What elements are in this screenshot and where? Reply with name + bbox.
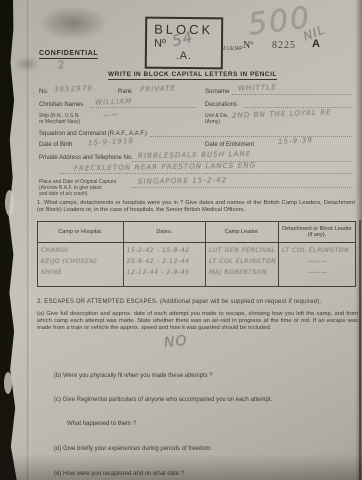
col-header-dates: Dates.	[124, 222, 206, 242]
camps-table-body: CHANGI KEIJO (CHOSEN) SHINE 15-2-42 - 15…	[38, 243, 355, 286]
camps-table-header-row: Camp or Hospital. Dates. Camp Leader. De…	[38, 222, 355, 243]
table-cell: MAJ ROBERTSON	[209, 267, 276, 278]
page-right-edge-line	[359, 220, 361, 480]
table-cell: LUT GEN PERCIVAL	[209, 245, 276, 256]
col-header-camp-leader: Camp Leader.	[206, 222, 279, 242]
christian-names-label: Christian Names	[39, 102, 83, 109]
dates-column: 15-2-42 - 15-9-42 25-9-42 - 2-12-44 12-1…	[124, 243, 206, 286]
camp-leader-column: LUT GEN PERCIVAL LT COL ELRINGTON MAJ RO…	[206, 243, 279, 286]
christian-names-value: WILLIAM	[95, 97, 133, 106]
table-cell: ———	[282, 267, 353, 278]
table-cell: 12-12-44 - 2-9-45	[127, 267, 203, 278]
camp-column: CHANGI KEIJO (CHOSEN) SHINE	[38, 243, 124, 286]
enlistment-label: Date of Enlistment	[205, 142, 254, 149]
table-cell: CHANGI	[41, 245, 121, 256]
col-header-detachment-leader: Detachment or Block Leader (if any).	[279, 222, 355, 242]
form-reference: M.I.9/JAP	[221, 46, 243, 52]
question-2b-text: (b) Were you physically fit when you mad…	[54, 373, 213, 380]
address-label: Private Address and Telephone No.	[39, 155, 133, 162]
scanned-pow-questionnaire: { "header": { "confidential": "CONFIDENT…	[0, 0, 362, 480]
question-2-heading: 2. ESCAPES OR ATTEMPTED ESCAPES. (Additi…	[37, 299, 357, 306]
field-rule	[243, 107, 352, 108]
instruction-heading: WRITE IN BLOCK CAPITAL LETTERS IN PENCIL	[108, 71, 277, 80]
surname-label: Surname	[205, 89, 229, 96]
table-cell: KEIJO (CHOSEN)	[41, 256, 121, 267]
rank-label: Rank	[118, 89, 132, 96]
no-label: No.	[39, 89, 48, 96]
table-cell: LT COL ELRINGTON	[282, 245, 353, 256]
field-rule	[90, 107, 195, 108]
decorations-label: Decorations	[205, 102, 237, 109]
page: CONFIDENTIAL 2 BLOCK Nº .A. 54 500 NIL M…	[0, 0, 362, 480]
serial-no-symbol: Nº	[243, 40, 253, 51]
question-2c-text: (c) Give Regimental particulars of anyon…	[54, 397, 272, 404]
serial-number: 8225	[272, 40, 296, 51]
table-cell: SHINE	[41, 267, 121, 278]
unit-label-line2: (Army)	[205, 119, 220, 125]
capture-label-line3: and date of a/c crash).	[39, 191, 89, 197]
stamp-block-letter: .A.	[147, 50, 221, 63]
table-cell: 15-2-42 - 15-9-42	[127, 245, 203, 256]
rank-value: PRIVATE	[140, 84, 176, 93]
table-cell: 25-9-42 - 2-12-44	[127, 256, 203, 267]
surname-value: WHITTLE	[238, 83, 277, 92]
table-cell: LT COL ELRINGTON	[209, 256, 276, 267]
page-bottom-shade	[0, 454, 362, 480]
ship-label-line2: or Merchant Navy)	[39, 119, 80, 125]
camps-table: Camp or Hospital. Dates. Camp Leader. De…	[37, 221, 356, 287]
table-cell: ———	[282, 256, 353, 267]
question-2d-text: (d) Give briefly your experiences during…	[54, 446, 212, 453]
confidential-label: CONFIDENTIAL	[39, 50, 98, 59]
what-happened-text: What happened to them ?	[67, 421, 136, 428]
field-rule	[232, 94, 352, 95]
field-rule	[150, 136, 352, 137]
torn-edge-bit	[4, 372, 12, 394]
question-1-text: 1. What camps, detachments or hospitals …	[37, 200, 355, 214]
question-2a-text: (a) Give full description and approx. da…	[37, 311, 358, 332]
dob-label: Date of Birth	[39, 142, 72, 149]
no-value: 3852979	[54, 84, 93, 93]
serial-suffix: A	[312, 38, 320, 50]
answer-no: NO	[163, 333, 188, 351]
col-header-camp: Camp or Hospital.	[38, 222, 124, 242]
torn-edge-bit	[5, 190, 14, 216]
field-rule	[60, 173, 352, 174]
capture-value: SINGAPORE 15-2-42	[138, 176, 227, 186]
detachment-leader-column: LT COL ELRINGTON ——— ———	[279, 243, 355, 286]
paper-crease	[27, 0, 31, 480]
field-rule	[132, 187, 352, 188]
